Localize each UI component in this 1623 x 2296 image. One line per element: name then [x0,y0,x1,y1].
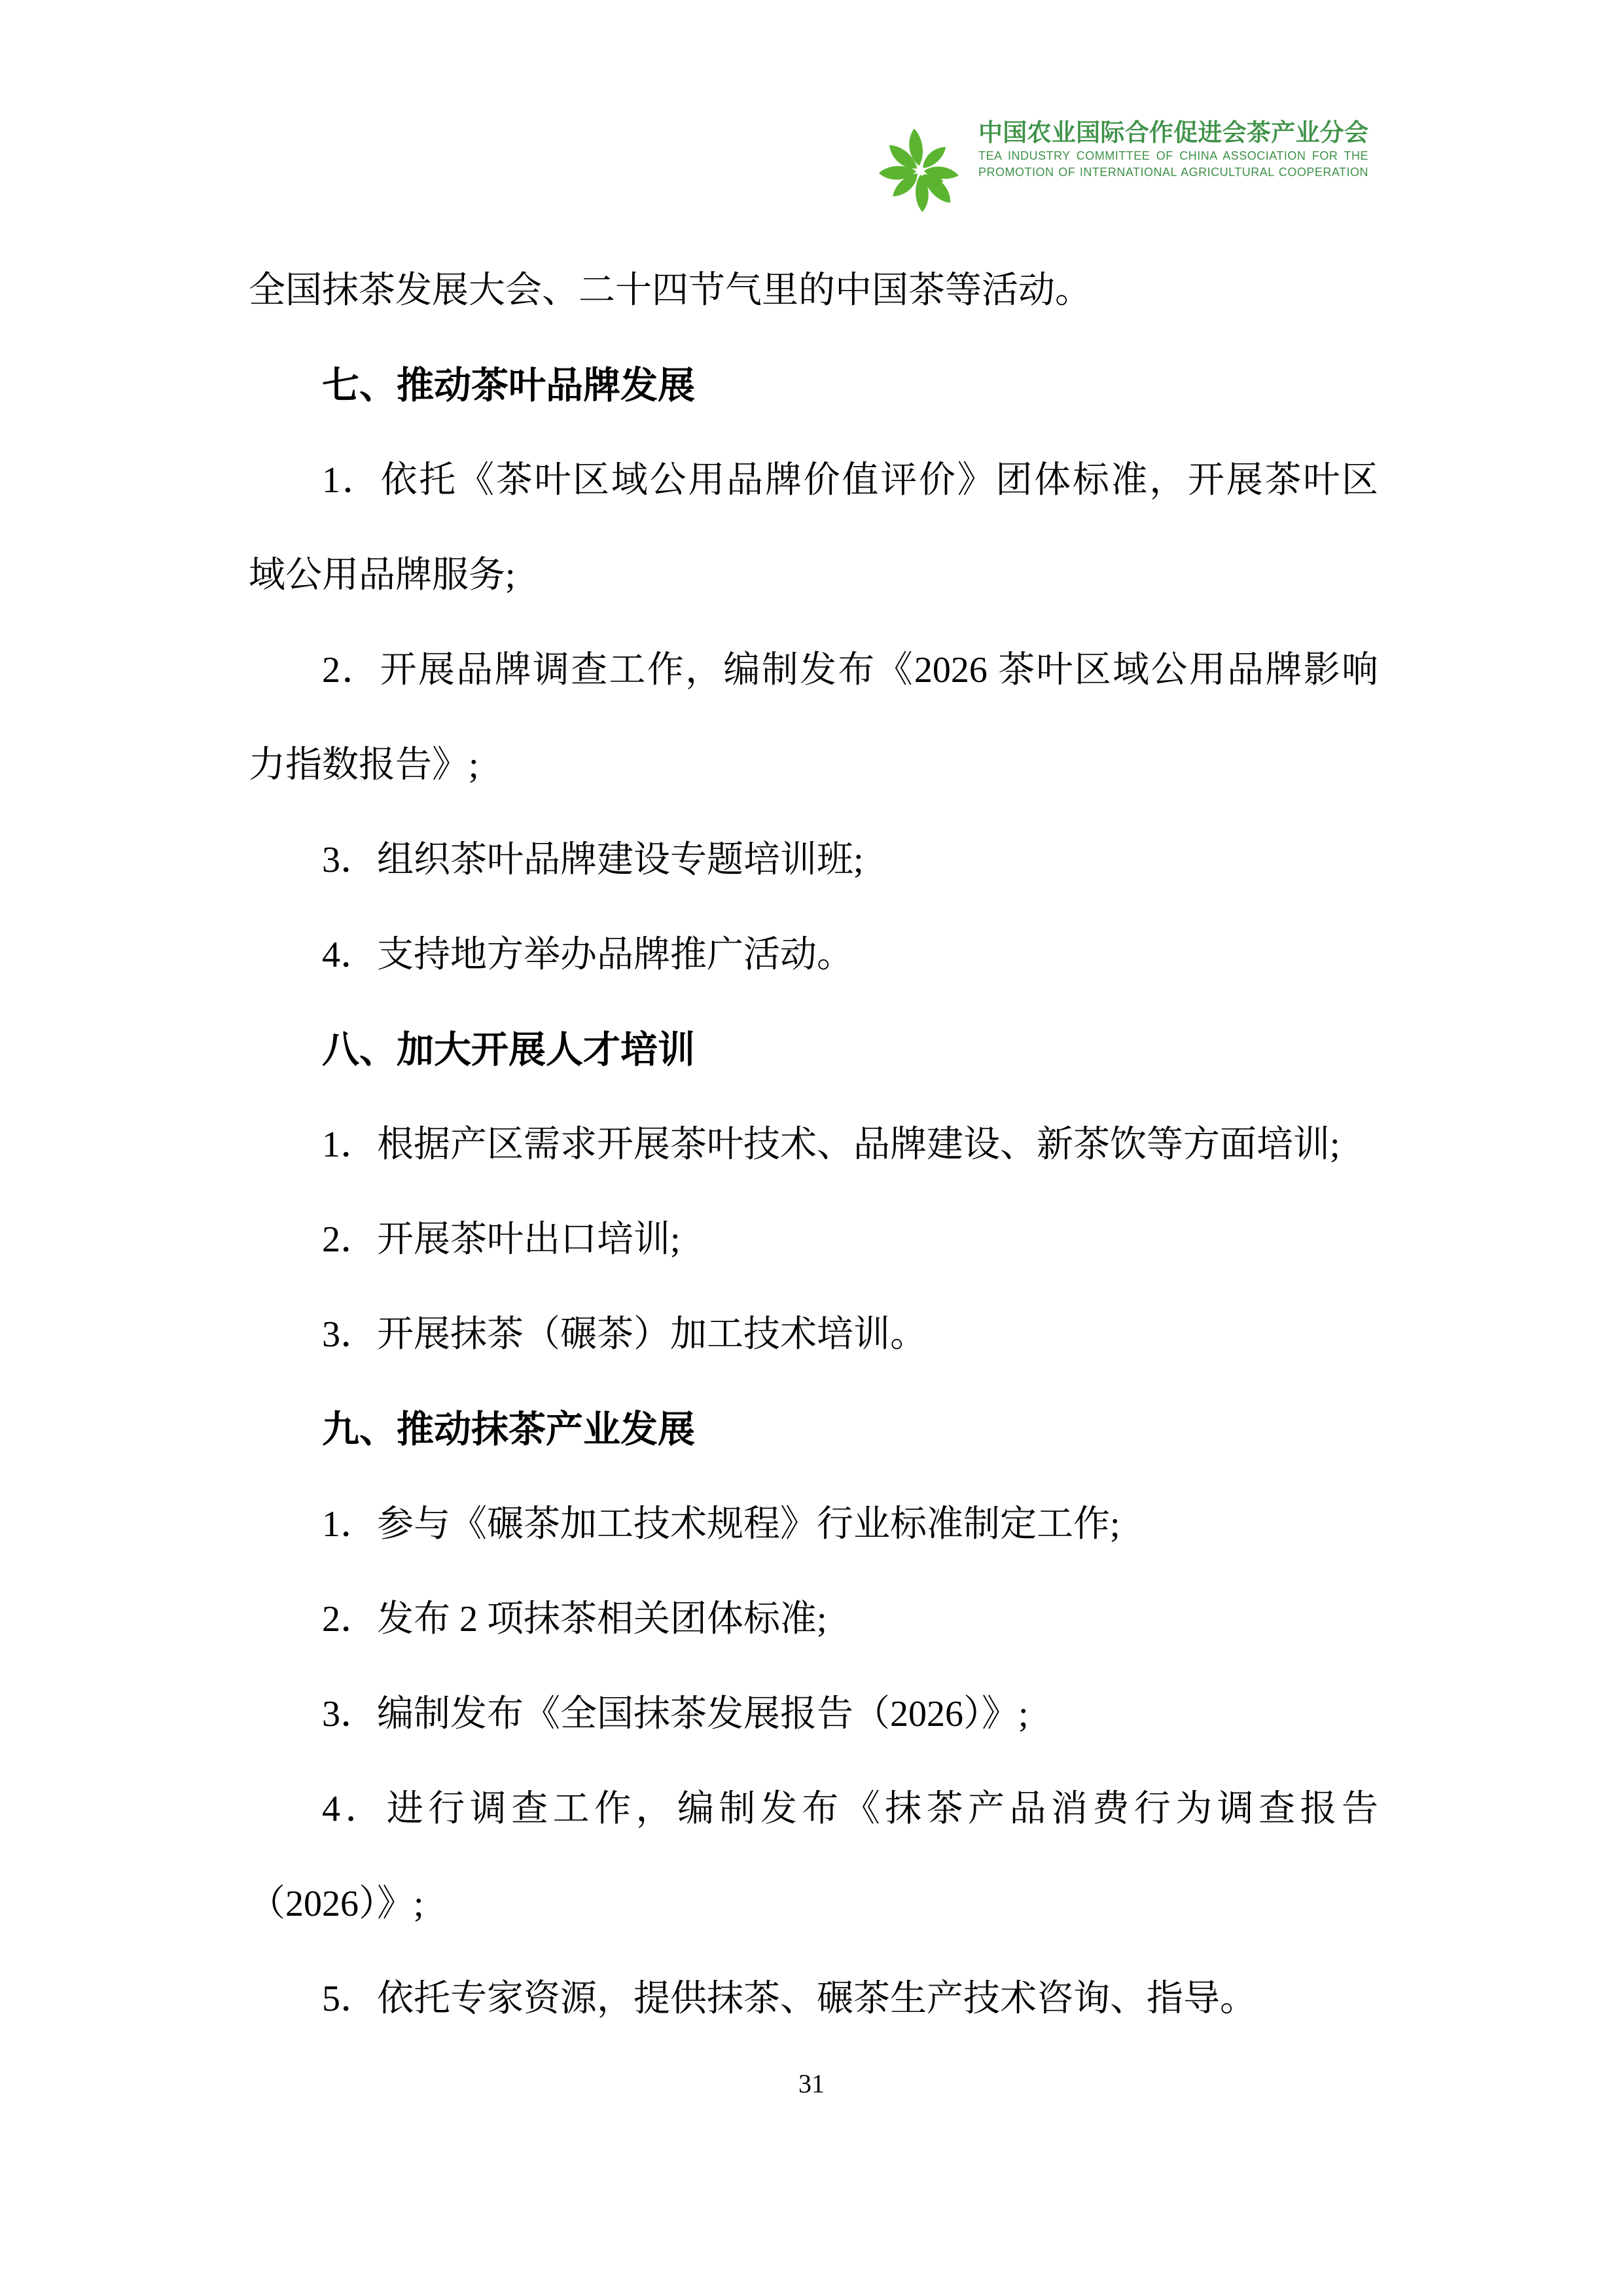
logo-text-block: 中国农业国际合作促进会茶产业分会 TEA INDUSTRY COMMITTEE … [978,118,1368,181]
text-line: 全国抹茶发展大会、二十四节气里的中国茶等活动。 [249,243,1378,338]
text-line: 1．依托《茶叶区域公用品牌价值评价》团体标准，开展茶叶区 [249,433,1378,528]
logo-english-name-line1: TEA INDUSTRY COMMITTEE OF CHINA ASSOCIAT… [978,148,1368,164]
logo-english-name-line2: PROMOTION OF INTERNATIONAL AGRICULTURAL … [978,164,1368,181]
text-line: 域公用品牌服务; [249,528,1378,623]
text-line: 2．发布 2 项抹茶相关团体标准; [249,1572,1378,1667]
text-line: 力指数报告》; [249,718,1378,813]
text-line: 3．开展抹茶（碾茶）加工技术培训。 [249,1287,1378,1382]
text-line: 2．开展品牌调查工作，编制发布《2026 茶叶区域公用品牌影响 [249,623,1378,718]
text-line: 4．进行调查工作，编制发布《抹茶产品消费行为调查报告 [249,1762,1378,1857]
section-heading: 七、推动茶叶品牌发展 [249,338,1378,433]
document-body: 全国抹茶发展大会、二十四节气里的中国茶等活动。七、推动茶叶品牌发展1．依托《茶叶… [249,243,1378,2047]
text-line: 4．支持地方举办品牌推广活动。 [249,908,1378,1003]
section-heading: 八、加大开展人才培训 [249,1003,1378,1098]
text-line: 1．参与《碾茶加工技术规程》行业标准制定工作; [249,1477,1378,1572]
logo-chinese-name: 中国农业国际合作促进会茶产业分会 [978,118,1368,148]
text-line: 3．组织茶叶品牌建设专题培训班; [249,813,1378,908]
organization-logo: 中国农业国际合作促进会茶产业分会 TEA INDUSTRY COMMITTEE … [867,118,1384,217]
text-line: 3．编制发布《全国抹茶发展报告（2026）》; [249,1667,1378,1762]
document-page: 中国农业国际合作促进会茶产业分会 TEA INDUSTRY COMMITTEE … [0,0,1623,2296]
tea-leaves-icon [867,120,971,217]
text-line: 1．根据产区需求开展茶叶技术、品牌建设、新茶饮等方面培训; [249,1098,1378,1193]
text-line: 2．开展茶叶出口培训; [249,1193,1378,1287]
text-line: 5．依托专家资源，提供抹茶、碾茶生产技术咨询、指导。 [249,1952,1378,2047]
text-line: （2026）》; [249,1857,1378,1952]
page-number: 31 [0,2068,1623,2099]
section-heading: 九、推动抹茶产业发展 [249,1382,1378,1477]
